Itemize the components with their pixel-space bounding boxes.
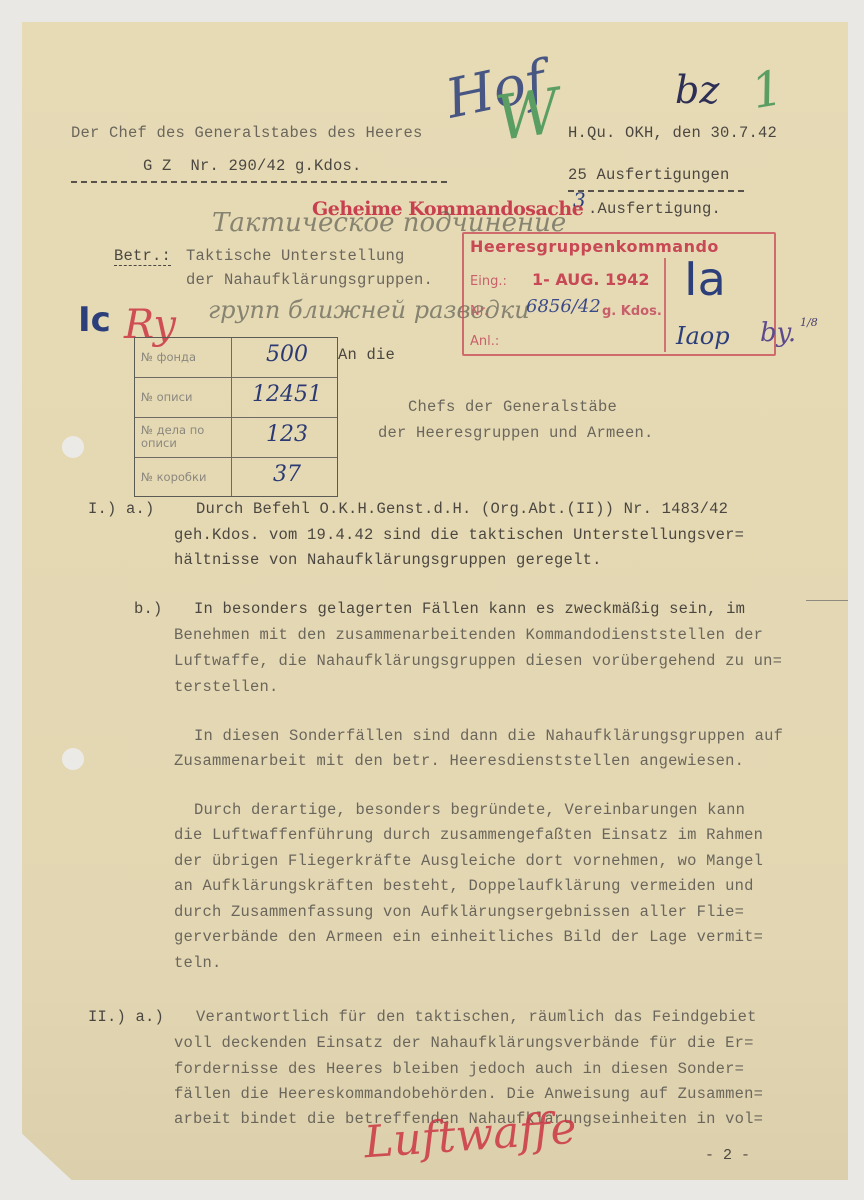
archive-row-opis: № описи 12451 <box>135 378 337 418</box>
sender-reference: G Z Nr. 290/42 g.Kdos. <box>143 157 362 175</box>
receipt-eing-label: Eing.: <box>470 274 507 289</box>
section-1-paragraph-3-line: gerverbände den Armeen ein einheitliches… <box>174 928 763 946</box>
section-2-line: fordernisse des Heeres bleiben jedoch au… <box>174 1060 744 1078</box>
section-1a-line: geh.Kdos. vom 19.4.42 sind die taktische… <box>174 526 744 544</box>
hole-punch-top <box>62 436 84 458</box>
sender-underline <box>71 181 447 183</box>
subject-label: Betr.: <box>114 247 171 266</box>
place-date: H.Qu. OKH, den 30.7.42 <box>568 124 777 142</box>
handwritten-iaop-mark: Iaop <box>676 322 730 350</box>
handwritten-ia-mark: Ia <box>684 252 726 306</box>
receipt-number-handwritten: 6856/42 <box>526 296 601 317</box>
margin-rule <box>806 600 848 601</box>
section-1b-line: Luftwaffe, die Nahaufklärungsgruppen die… <box>174 652 782 670</box>
section-1b-line: terstellen. <box>174 678 279 696</box>
section-1b-marker: b.) <box>134 600 163 618</box>
section-1-paragraph-3-line: an Aufklärungskräften besteht, Doppelauf… <box>174 877 754 895</box>
section-1-paragraph-3-line: die Luftwaffenführung durch zusammengefa… <box>174 826 763 844</box>
receipt-stamp-heading: Heeresgruppenkommando <box>470 237 719 256</box>
archive-label: № описи <box>141 391 231 404</box>
receipt-kdos-suffix: g. Kdos. <box>602 304 662 319</box>
section-2-line: voll deckenden Einsatz der Nahaufklärung… <box>174 1034 754 1052</box>
section-1-paragraph-2-line: In diesen Sonderfällen sind dann die Nah… <box>194 727 783 745</box>
section-1b-line: In besonders gelagerten Fällen kann es z… <box>194 600 745 618</box>
handwritten-ic-mark: Ic <box>78 300 111 340</box>
section-1b-line: Benehmen mit den zusammenarbeitenden Kom… <box>174 626 763 644</box>
section-1a-line: Durch Befehl O.K.H.Genst.d.H. (Org.Abt.(… <box>196 500 728 518</box>
sender-line-1: Der Chef des Generalstabes des Heeres <box>71 124 423 142</box>
handwritten-initials-green: W <box>491 74 564 155</box>
archive-label: № коробки <box>141 471 231 484</box>
section-1-marker: I.) a.) <box>88 500 155 518</box>
copies-total: 25 Ausfertigungen <box>568 166 730 184</box>
page-number: - 2 - <box>705 1147 750 1164</box>
handwritten-small-fraction: 1/8 <box>800 316 818 329</box>
archive-row-delo: № дела по описи 123 <box>135 418 337 458</box>
archive-stamp: № фонда 500 № описи 12451 № дела по опис… <box>134 337 338 497</box>
archive-row-fond: № фонда 500 <box>135 338 337 378</box>
archive-row-box: № коробки 37 <box>135 458 337 497</box>
addressee-intro: An die <box>338 346 395 364</box>
archive-label: № дела по описи <box>141 424 231 450</box>
receipt-anl-label: Anl.: <box>470 334 499 349</box>
addressee-line-2: der Heeresgruppen und Armeen. <box>378 424 654 442</box>
receipt-stamp-fields: Eing.: 1- AUG. 1942 Nr. 6856/42 g. Kdos.… <box>464 258 666 352</box>
handwritten-purple-initials: by. <box>760 318 796 348</box>
receipt-date: 1- AUG. 1942 <box>532 270 650 289</box>
section-2-marker: II.) a.) <box>88 1008 164 1026</box>
subject-line-1: Taktische Unterstellung <box>186 247 405 265</box>
section-2-line: fällen die Heereskommandobehörden. Die A… <box>174 1085 763 1103</box>
archive-value: 12451 <box>239 382 335 407</box>
section-1-paragraph-3-line: Durch derartige, besonders begründete, V… <box>194 801 745 819</box>
handwritten-mark-top-right: bz <box>675 68 719 112</box>
archive-value: 37 <box>239 462 335 487</box>
section-2-line: Verantwortlich für den taktischen, räuml… <box>196 1008 757 1026</box>
copies-underline <box>568 190 744 192</box>
section-1-paragraph-2-line: Zusammenarbeit mit den betr. Heeresdiens… <box>174 752 744 770</box>
section-1-paragraph-3-line: der übrigen Fliegerkräfte Ausgleiche dor… <box>174 852 763 870</box>
archive-value: 500 <box>239 342 335 367</box>
section-1-paragraph-3-line: teln. <box>174 954 222 972</box>
archive-label: № фонда <box>141 351 231 364</box>
section-1a-line: hältnisse von Nahaufklärungsgruppen gere… <box>174 551 602 569</box>
receipt-nr-label: Nr. <box>470 304 488 319</box>
addressee-line-1: Chefs der Generalstäbe <box>408 398 617 416</box>
section-1-paragraph-3-line: durch Zusammenfassung von Aufklärungserg… <box>174 903 744 921</box>
archive-value: 123 <box>239 422 335 447</box>
hole-punch-bottom <box>62 748 84 770</box>
copy-number-label: .Ausfertigung. <box>588 200 721 218</box>
subject-line-2: der Nahaufklärungsgruppen. <box>186 271 433 289</box>
